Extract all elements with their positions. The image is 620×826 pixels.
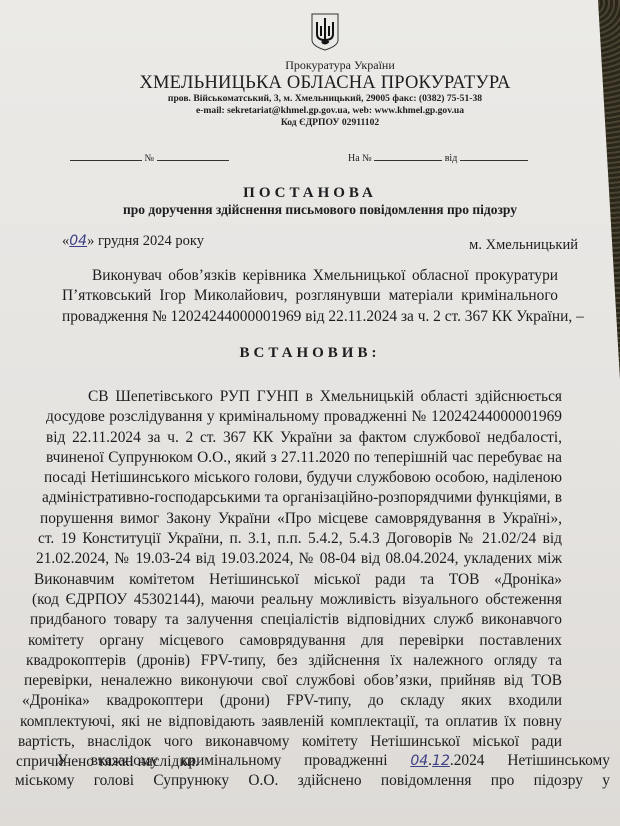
body-line: СВ Шепетівського РУП ГУНП в Хмельницькій… <box>58 387 562 407</box>
body-line: комітету органу місцевого самоврядування… <box>28 631 562 651</box>
org-code: Код ЄДРПОУ 02911102 <box>150 117 510 128</box>
org-name: ХМЕЛЬНИЦЬКА ОБЛАСНА ПРОКУРАТУРА <box>125 73 525 94</box>
body-line: «Дроніка» квадрокоптери (дрони) FPV-типу… <box>22 691 562 711</box>
body-line: перевірки, неналежно виконуючи свої служ… <box>24 671 562 691</box>
body-line: посаді Нетішинського міського голови, бу… <box>44 468 562 488</box>
section-heading: ВСТАНОВИВ: <box>0 345 620 362</box>
trident-coat-of-arms-icon <box>310 12 340 52</box>
handwritten-day: 04 <box>69 233 87 249</box>
body-line: досудове розслідування у кримінальному п… <box>46 407 562 427</box>
body-line: Виконавчим комітетом Нетішинської місько… <box>34 570 562 590</box>
suspicion-paragraph: У вказаному кримінальному провадженні 04… <box>15 751 610 792</box>
document-subtitle: про доручення здійснення письмового пові… <box>60 202 580 218</box>
org-contacts: e-mail: sekretariat@khmel.gp.gov.ua, web… <box>150 105 510 116</box>
handwritten-day: 04 <box>410 753 428 769</box>
body-line: ст. 19 Конституції України, п. 3.1, п.п.… <box>38 529 562 549</box>
document-title: ПОСТАНОВА <box>0 185 620 202</box>
body-line: 21.02.2024, № 19.03-24 від 19.03.2024, №… <box>36 549 562 569</box>
body-line: комплектуючі, які не відповідають заявле… <box>20 712 562 732</box>
findings-paragraph: СВ Шепетівського РУП ГУНП в Хмельницькій… <box>58 387 562 773</box>
outgoing-number-line: № <box>70 152 229 164</box>
org-parent: Прокуратура України <box>160 58 520 73</box>
incoming-ref-line: На № від <box>348 152 528 164</box>
body-line: вчиненої Супрунюком О.О., який з 27.11.2… <box>46 448 562 468</box>
handwritten-month: 12 <box>432 753 450 769</box>
document-date: «04» грудня 2024 року <box>62 233 204 250</box>
intro-paragraph: Виконувач обов’язків керівника Хмельниць… <box>62 266 558 327</box>
body-line: адміністративно-господарськими та органі… <box>42 488 562 508</box>
body-line: вартість, внаслідок чого виконавчому ком… <box>18 732 562 752</box>
body-line: (код ЄДРПОУ 45302144), маючи реальну мож… <box>32 590 562 610</box>
body-line: придбаного товару та залучення спеціаліс… <box>30 610 562 630</box>
document-city: м. Хмельницький <box>469 237 578 254</box>
org-address: пров. Військоматський, 3, м. Хмельницьки… <box>130 93 520 104</box>
body-line: від 22.11.2024 за ч. 2 ст. 367 КК Україн… <box>46 428 562 448</box>
body-line: квадрокоптерів (дронів) FPV-типу, без зд… <box>26 651 562 671</box>
body-line: порушення вимог Закону України «Про місц… <box>40 509 562 529</box>
document-page: Прокуратура України ХМЕЛЬНИЦЬКА ОБЛАСНА … <box>0 0 620 826</box>
